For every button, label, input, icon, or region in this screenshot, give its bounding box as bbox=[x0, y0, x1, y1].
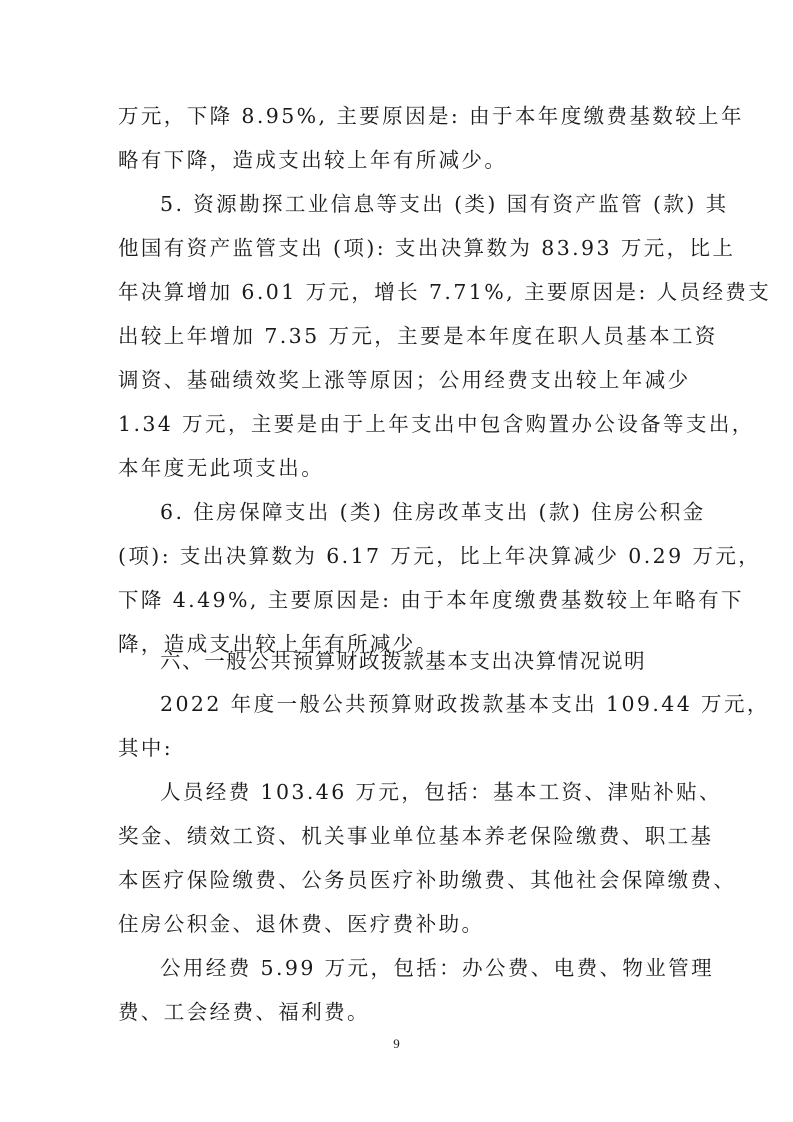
text-line: 万元，下降 8.95%, 主要原因是: 由于本年度缴费基数较上年 bbox=[118, 102, 683, 130]
text-line: 他国有资产监管支出 (项): 支出决算数为 83.93 万元，比上 bbox=[118, 234, 683, 262]
text-line: 2022 年度一般公共预算财政拨款基本支出 109.44 万元， bbox=[160, 690, 683, 718]
text-line: 人员经费 103.46 万元，包括：基本工资、津贴补贴、 bbox=[160, 778, 683, 806]
document-page: 万元，下降 8.95%, 主要原因是: 由于本年度缴费基数较上年 略有下降，造成… bbox=[0, 0, 793, 1122]
text-line: (项): 支出决算数为 6.17 万元，比上年决算减少 0.29 万元， bbox=[118, 542, 683, 570]
text-line: 其中: bbox=[118, 734, 683, 762]
page-number: 9 bbox=[0, 1036, 793, 1052]
text-line: 略有下降，造成支出较上年有所减少。 bbox=[118, 146, 683, 174]
text-line: 住房公积金、退休费、医疗费补助。 bbox=[118, 910, 683, 938]
text-line: 费、工会经费、福利费。 bbox=[118, 998, 683, 1026]
text-line: 出较上年增加 7.35 万元，主要是本年度在职人员基本工资 bbox=[118, 322, 683, 350]
text-line: 本年度无此项支出。 bbox=[118, 454, 683, 482]
text-line: 6. 住房保障支出 (类) 住房改革支出 (款) 住房公积金 bbox=[160, 498, 683, 526]
section-heading: 六、一般公共预算财政拨款基本支出决算情况说明 bbox=[160, 647, 683, 675]
text-line: 5. 资源勘探工业信息等支出 (类) 国有资产监管 (款) 其 bbox=[160, 190, 683, 218]
text-line: 奖金、绩效工资、机关事业单位基本养老保险缴费、职工基 bbox=[118, 822, 683, 850]
text-line: 公用经费 5.99 万元，包括：办公费、电费、物业管理 bbox=[160, 954, 683, 982]
text-line: 调资、基础绩效奖上涨等原因；公用经费支出较上年减少 bbox=[118, 366, 683, 394]
text-line: 下降 4.49%, 主要原因是: 由于本年度缴费基数较上年略有下 bbox=[118, 586, 683, 614]
text-line: 1.34 万元，主要是由于上年支出中包含购置办公设备等支出， bbox=[118, 410, 683, 438]
text-line: 本医疗保险缴费、公务员医疗补助缴费、其他社会保障缴费、 bbox=[118, 866, 683, 894]
text-line: 年决算增加 6.01 万元，增长 7.71%, 主要原因是: 人员经费支 bbox=[118, 278, 683, 306]
